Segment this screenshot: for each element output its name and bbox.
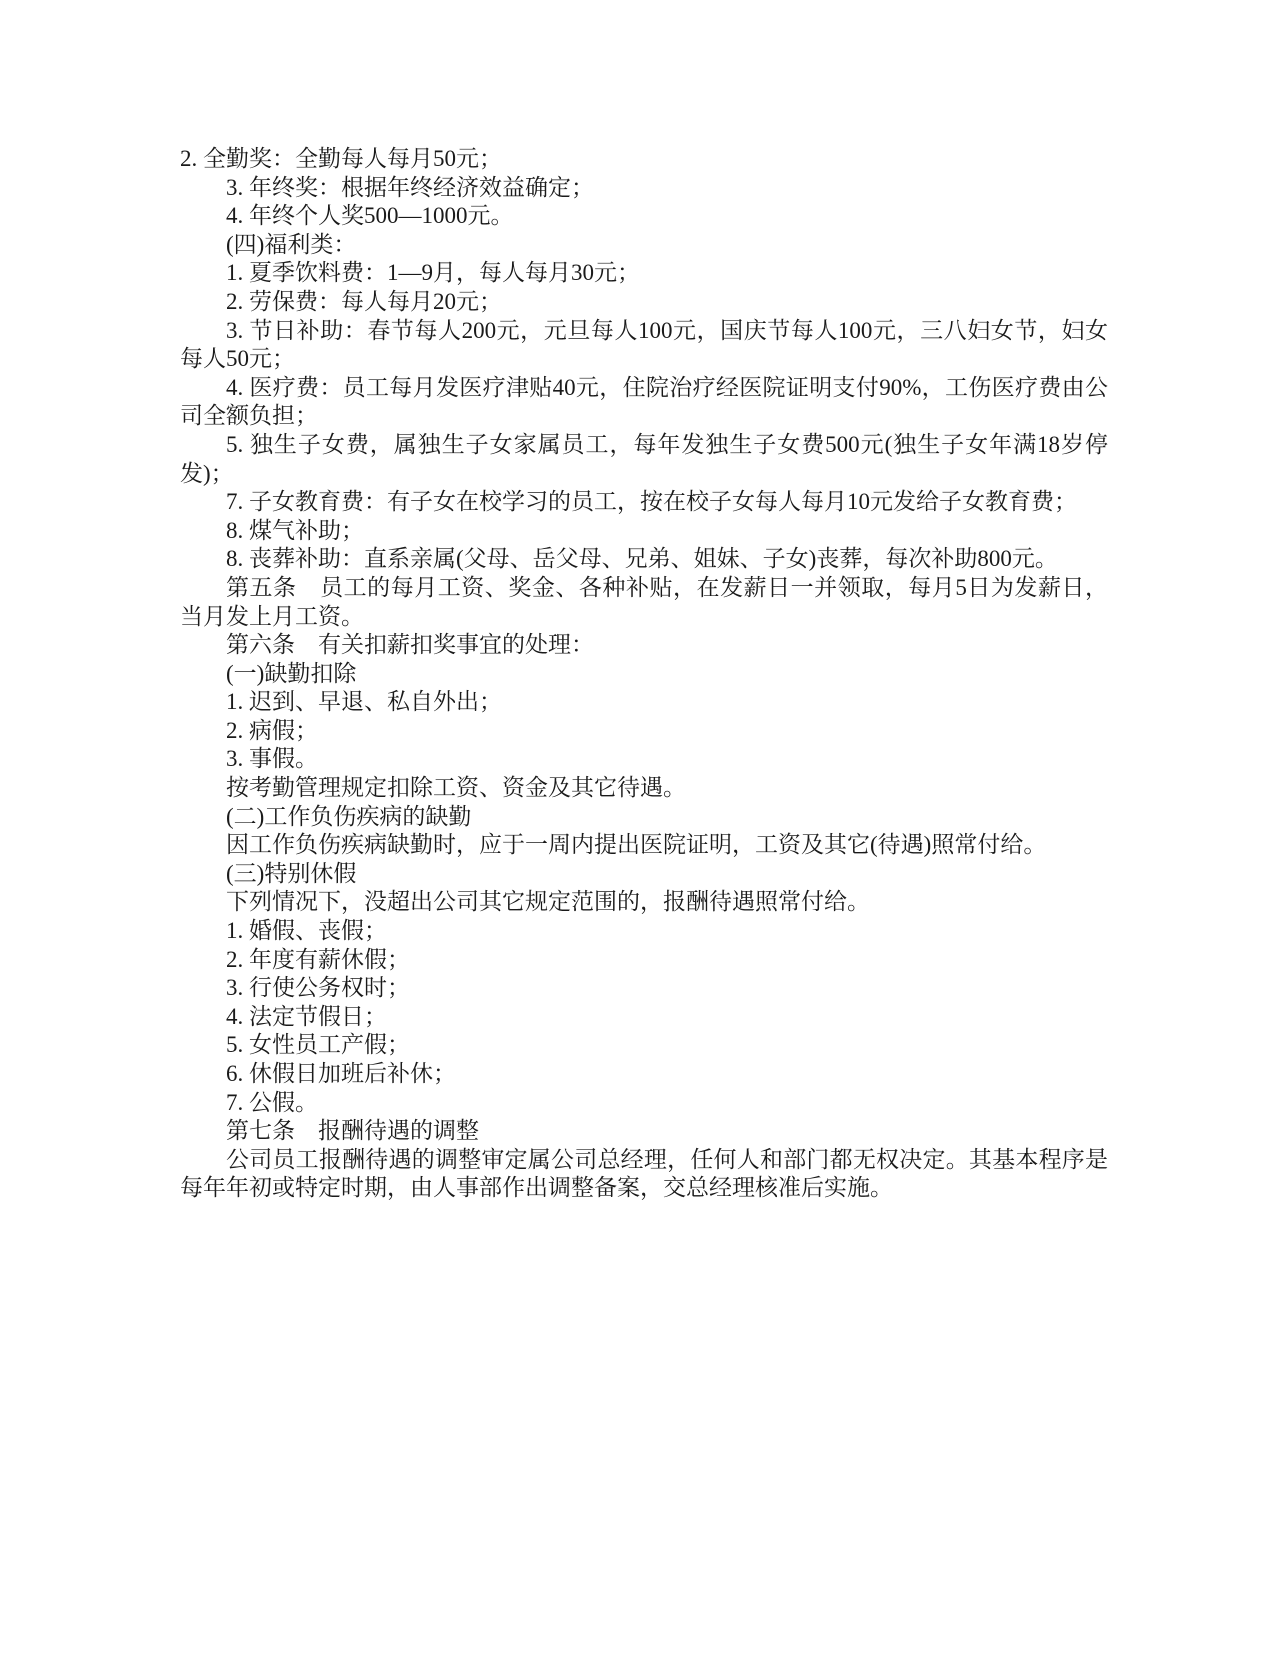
paragraph: 8. 丧葬补助：直系亲属(父母、岳父母、兄弟、姐妹、子女)丧葬，每次补助800元… <box>180 545 1108 574</box>
paragraph: 6. 休假日加班后补休； <box>180 1060 1108 1089</box>
paragraph: 4. 法定节假日； <box>180 1003 1108 1032</box>
paragraph: 4. 医疗费：员工每月发医疗津贴40元，住院治疗经医院证明支付90%，工伤医疗费… <box>180 374 1108 431</box>
paragraph: 下列情况下，没超出公司其它规定范围的，报酬待遇照常付给。 <box>180 888 1108 917</box>
paragraph: 1. 婚假、丧假； <box>180 917 1108 946</box>
document-page: 2. 全勤奖：全勤每人每月50元；3. 年终奖：根据年终经济效益确定；4. 年终… <box>0 0 1280 1656</box>
paragraph: 7. 子女教育费：有子女在校学习的员工，按在校子女每人每月10元发给子女教育费； <box>180 488 1108 517</box>
paragraph: 5. 女性员工产假； <box>180 1031 1108 1060</box>
paragraph: 第五条 员工的每月工资、奖金、各种补贴，在发薪日一并领取，每月5日为发薪日，当月… <box>180 574 1108 631</box>
paragraph: 4. 年终个人奖500—1000元。 <box>180 202 1108 231</box>
paragraph: 3. 事假。 <box>180 745 1108 774</box>
paragraph: 因工作负伤疾病缺勤时，应于一周内提出医院证明，工资及其它(待遇)照常付给。 <box>180 831 1108 860</box>
document-body: 2. 全勤奖：全勤每人每月50元；3. 年终奖：根据年终经济效益确定；4. 年终… <box>0 0 1280 1203</box>
paragraph: (四)福利类： <box>180 231 1108 260</box>
paragraph: 3. 年终奖：根据年终经济效益确定； <box>180 174 1108 203</box>
paragraph: 7. 公假。 <box>180 1089 1108 1118</box>
paragraph: 按考勤管理规定扣除工资、资金及其它待遇。 <box>180 774 1108 803</box>
paragraph: 第七条 报酬待遇的调整 <box>180 1117 1108 1146</box>
paragraph: 3. 节日补助：春节每人200元，元旦每人100元，国庆节每人100元，三八妇女… <box>180 317 1108 374</box>
paragraph: 2. 年度有薪休假； <box>180 946 1108 975</box>
paragraph: 第六条 有关扣薪扣奖事宜的处理： <box>180 631 1108 660</box>
paragraph: (二)工作负伤疾病的缺勤 <box>180 803 1108 832</box>
paragraph: 2. 病假； <box>180 717 1108 746</box>
paragraph: 2. 劳保费：每人每月20元； <box>180 288 1108 317</box>
paragraph: 1. 迟到、早退、私自外出； <box>180 688 1108 717</box>
paragraph: 2. 全勤奖：全勤每人每月50元； <box>180 145 1108 174</box>
paragraph: (三)特别休假 <box>180 860 1108 889</box>
paragraph: (一)缺勤扣除 <box>180 660 1108 689</box>
paragraph: 8. 煤气补助； <box>180 517 1108 546</box>
paragraph: 公司员工报酬待遇的调整审定属公司总经理，任何人和部门都无权决定。其基本程序是每年… <box>180 1146 1108 1203</box>
paragraph: 3. 行使公务权时； <box>180 974 1108 1003</box>
paragraph: 1. 夏季饮料费：1—9月，每人每月30元； <box>180 259 1108 288</box>
paragraph: 5. 独生子女费，属独生子女家属员工，每年发独生子女费500元(独生子女年满18… <box>180 431 1108 488</box>
